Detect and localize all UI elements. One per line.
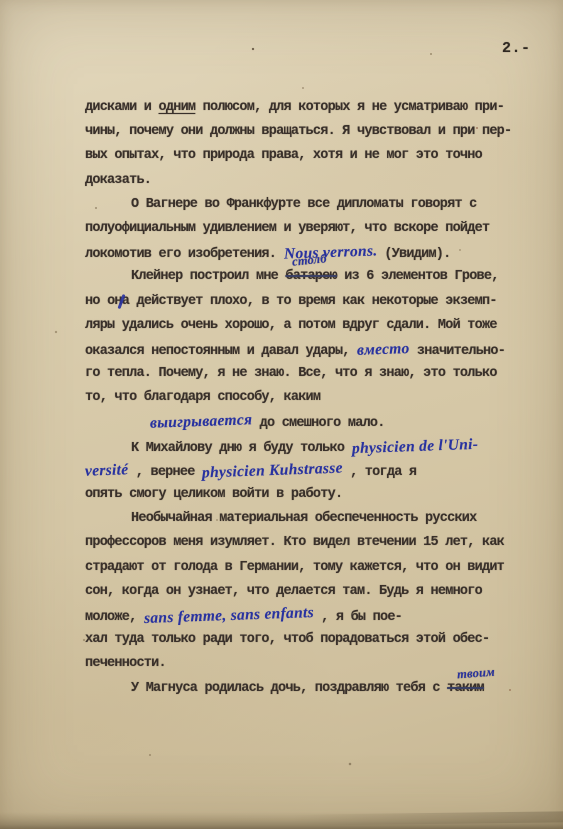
- text-line: полуофициальным удивлением и уверяют, чт…: [85, 217, 530, 241]
- text-line: го тепла. Почему, я не знаю. Все, что я …: [85, 362, 530, 386]
- page-edge-shadow: [0, 812, 563, 829]
- typed-text: дисками и: [85, 100, 151, 115]
- typed-text: У Магнуса родилась дочь, поздравляю тебя…: [131, 681, 440, 696]
- underlined-word: одним: [159, 100, 196, 115]
- handwritten-insert: physicien de l'Uni-: [351, 432, 478, 461]
- text-line: Необычайная материальная обеспеченность …: [85, 507, 530, 531]
- typed-text: сон, когда он узнает, что делается там. …: [85, 584, 482, 599]
- typed-text: до смешного мало.: [260, 416, 385, 431]
- marked-word: она: [107, 294, 129, 309]
- typed-text: Клейнер построил мне: [131, 269, 278, 284]
- typed-text: из 6 элементов Грове,: [344, 269, 498, 284]
- text-line: versité , вернее physicien Kuhstrasse , …: [85, 459, 530, 483]
- text-line: вых опытах, что природа права, хотя и не…: [85, 144, 530, 168]
- text-line: К Михайлову дню я буду только physicien …: [85, 435, 530, 459]
- text-line: выигрывается до смешного мало.: [85, 410, 530, 434]
- typed-text: оказался непостоянным и давал удары,: [85, 344, 350, 359]
- typed-text: печенности.: [85, 656, 166, 671]
- text-line: но она действует плохо, в то время как н…: [85, 290, 530, 314]
- typed-text: го тепла. Почему, я не знаю. Все, что я …: [85, 366, 497, 381]
- typed-text: , тогда я: [350, 465, 416, 480]
- text-line: Клейнер построил мне батареюстолб из 6 э…: [85, 265, 530, 289]
- typed-text: доказать.: [85, 173, 151, 188]
- handwritten-insert: versité: [85, 458, 129, 484]
- typed-text: Необычайная материальная обеспеченность …: [131, 511, 477, 526]
- typed-text: вых опытах, что природа права, хотя и не…: [85, 148, 482, 163]
- text-line: дисками и одним полюсом, для которых я н…: [85, 96, 530, 120]
- handwritten-insert: physicien Kuhstrasse: [202, 456, 344, 485]
- handwritten-insert: вместо: [357, 337, 410, 363]
- typed-text: профессоров меня изумляет. Кто видел вте…: [85, 535, 504, 550]
- text-line: оказался непостоянным и давал удары, вме…: [85, 338, 530, 362]
- typed-text: страдают от голода в Германии, тому каже…: [85, 560, 504, 575]
- typed-text: О Вагнере во Франкфурте все дипломаты го…: [131, 197, 477, 212]
- text-line: О Вагнере во Франкфурте все дипломаты го…: [85, 193, 530, 217]
- text-line: ляры удались очень хорошо, а потом вдруг…: [85, 314, 530, 338]
- text-line: то, что благодаря способу, каким: [85, 386, 530, 410]
- text-line: хал туда только ради того, чтоб порадова…: [85, 628, 530, 652]
- typed-text: но: [85, 294, 100, 309]
- typed-text: то, что благодаря способу, каким: [85, 390, 320, 405]
- typed-text: полюсом, для которых я не усматриваю при…: [203, 100, 504, 115]
- text-line: доказать.: [85, 169, 530, 193]
- typed-text: действует плохо, в то время как некоторы…: [136, 294, 496, 309]
- page-edge-shadow-right: [293, 811, 563, 825]
- typed-text: , вернее: [136, 465, 195, 480]
- struck-word: батарею: [285, 269, 336, 284]
- text-line: опять смогу целиком войти в работу.: [85, 483, 530, 507]
- typed-text: К Михайлову дню я буду только: [131, 441, 344, 456]
- struck-word: таким: [447, 681, 484, 696]
- scanned-letter-page: 2.- дисками и одним полюсом, для которых…: [0, 0, 563, 829]
- text-line: страдают от голода в Германии, тому каже…: [85, 556, 530, 580]
- typed-text: локомотив его изобретения.: [85, 247, 276, 262]
- text-line: профессоров меня изумляет. Кто видел вте…: [85, 531, 530, 555]
- text-line: У Магнуса родилась дочь, поздравляю тебя…: [85, 677, 530, 701]
- corrected-word: такимтвоим: [447, 681, 484, 696]
- text-line: моложе, sans femme, sans enfants , я бы …: [85, 604, 530, 628]
- handwritten-insert: sans femme, sans enfants: [143, 601, 314, 631]
- handwritten-insert: выигрывается: [150, 409, 253, 437]
- letter-body: дисками и одним полюсом, для которых я н…: [85, 96, 530, 701]
- typed-text: , я бы пое-: [321, 610, 402, 625]
- typed-text: моложе,: [85, 610, 136, 625]
- handwritten-correction: столб: [291, 253, 327, 269]
- typed-text: опять смогу целиком войти в работу.: [85, 487, 342, 502]
- typed-text: (Увидим).: [384, 247, 450, 262]
- typed-text: полуофициальным удивлением и уверяют, чт…: [85, 221, 489, 236]
- typed-text: чины, почему они должны вращаться. Я чув…: [85, 124, 511, 139]
- text-line: чины, почему они должны вращаться. Я чув…: [85, 120, 530, 144]
- typed-text: значительно-: [417, 344, 505, 359]
- typed-text: хал туда только ради того, чтоб порадова…: [85, 632, 489, 647]
- page-number: 2.-: [502, 40, 531, 57]
- typed-text: ляры удались очень хорошо, а потом вдруг…: [85, 318, 497, 333]
- corrected-word: батареюстолб: [285, 269, 336, 284]
- handwritten-correction: твоим: [457, 665, 496, 680]
